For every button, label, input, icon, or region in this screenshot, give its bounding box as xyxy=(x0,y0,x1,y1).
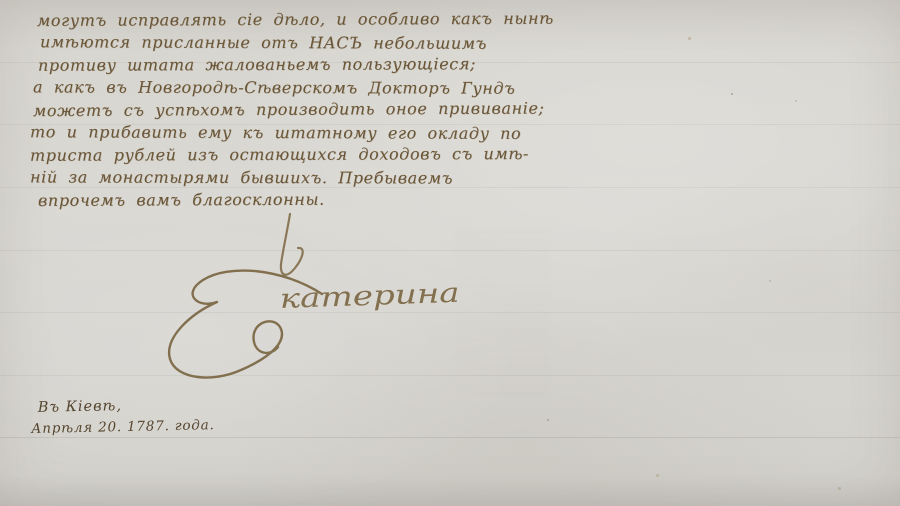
letter-line: можетъ съ успѣхомъ производить оное прив… xyxy=(30,98,480,123)
letter-line: триста рублей изъ остающихся доходовъ съ… xyxy=(30,143,480,167)
letter-line: а какъ въ Новгородѣ-Сѣверскомъ Докторъ Г… xyxy=(30,76,480,100)
dateline-date: Апрѣля 20. 1787. года. xyxy=(31,417,215,437)
signature: катерина xyxy=(130,198,475,398)
foxing-spot xyxy=(769,280,771,282)
foxing-spot xyxy=(838,487,841,490)
dateline: Въ Кіевѣ, Апрѣля 20. 1787. года. xyxy=(38,396,215,437)
dateline-place: Въ Кіевѣ, xyxy=(38,396,215,416)
manuscript-page: могутъ исправлять сіе дѣло, и особливо к… xyxy=(0,0,900,506)
fold-line xyxy=(0,437,900,438)
letter-line: ній за монастырями бывшихъ. Пребываемъ xyxy=(30,166,480,190)
foxing-spot xyxy=(547,419,549,421)
letter-line: имѣются присланные отъ НАСЪ небольшимъ xyxy=(30,31,480,55)
letter-body: могутъ исправлять сіе дѣло, и особливо к… xyxy=(30,9,480,212)
foxing-spot xyxy=(795,100,797,102)
signature-name: катерина xyxy=(279,278,460,315)
foxing-spot xyxy=(731,93,733,95)
signature-flourish-e: катерина xyxy=(130,198,475,398)
foxing-spot xyxy=(656,474,659,477)
foxing-spot xyxy=(688,37,691,40)
letter-line: могутъ исправлять сіе дѣло, и особливо к… xyxy=(30,8,480,32)
letter-line: противу штата жалованьемъ пользующіеся; xyxy=(30,53,480,77)
letter-line: то и прибавить ему къ штатному его оклад… xyxy=(30,121,480,145)
